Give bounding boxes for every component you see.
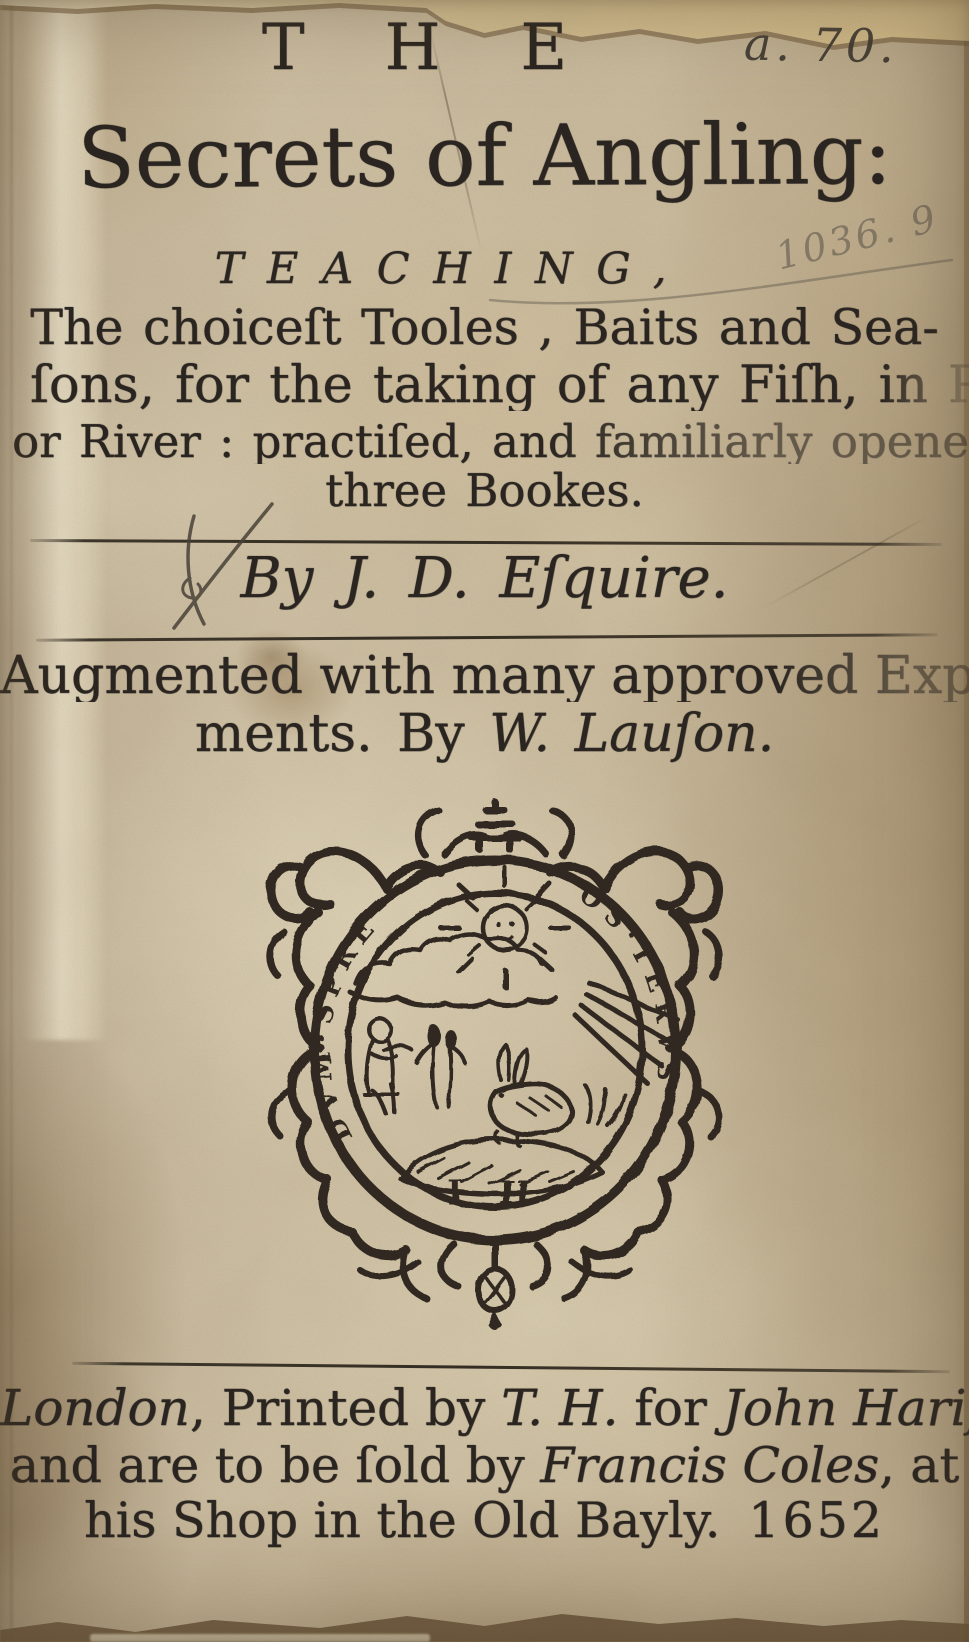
augmented-line-prefix: ments. By [195, 704, 489, 764]
wheat-sheaf [416, 1025, 466, 1106]
imprint-line: London, Printed by T. H. for John Hariſo… [0, 1383, 969, 1433]
description-line: or River : practiſed, and familiarly ope… [12, 419, 969, 464]
augmented-author: W. Lauſon. [489, 704, 774, 764]
augmented-line: Augmented with many approved Experi- [0, 650, 969, 702]
sun-face-icon [441, 868, 569, 987]
description-line: ſons, for the taking of any Fiſh, in Pon… [30, 360, 969, 411]
scanned-title-page: THE a. 70. Secrets of Angling: TEACHING,… [0, 0, 969, 1642]
imprint-printer: T. H. [501, 1379, 618, 1437]
device-initials: I H [447, 1173, 543, 1213]
device-motto-left: DVM·SPRE [305, 908, 386, 1147]
imprint-text: and are to be ſold by [10, 1437, 541, 1494]
imprint-line: his Shop in the Old Bayly.1652 [0, 1496, 969, 1545]
description-line: three Bookes. [0, 468, 969, 513]
svg-text:DVM·SPRE: DVM·SPRE [305, 908, 386, 1147]
imprint-city: London [0, 1379, 190, 1437]
cloud [350, 934, 556, 1007]
bottom-edge-highlight [90, 1634, 430, 1642]
imprint-publisher: John Hariſon [723, 1379, 969, 1437]
handwritten-shelfmark: a. 70. [744, 21, 899, 70]
augmented-line: ments. By W. Lauſon. [0, 708, 969, 760]
imprint-address: his Shop in the Old Bayly. [84, 1492, 720, 1549]
page-title: Secrets of Angling: [0, 107, 969, 204]
printed-rule [72, 1362, 950, 1373]
printed-rule [36, 633, 938, 642]
imprint-text: , at [879, 1437, 959, 1494]
imprint-line: and are to be ſold by Francis Coles, at [0, 1441, 969, 1490]
imprint-text: for [618, 1379, 722, 1437]
byline: By J. D. Eſquire. [0, 551, 969, 607]
bottom-torn-edge [0, 1608, 969, 1642]
hare [491, 1044, 572, 1146]
imprint-bookseller: Francis Coles [540, 1437, 879, 1494]
standing-figure [364, 1019, 412, 1094]
imprint-text: , Printed by [190, 1379, 501, 1437]
printers-device-woodcut: I H DVM·SPRE OS·TERVS [258, 792, 732, 1352]
imprint-year: 1652 [748, 1492, 885, 1549]
printed-rule [30, 539, 942, 546]
description-line: The choiceſt Tooles , Baits and Sea- [0, 303, 969, 352]
ornament-crest [444, 802, 546, 854]
